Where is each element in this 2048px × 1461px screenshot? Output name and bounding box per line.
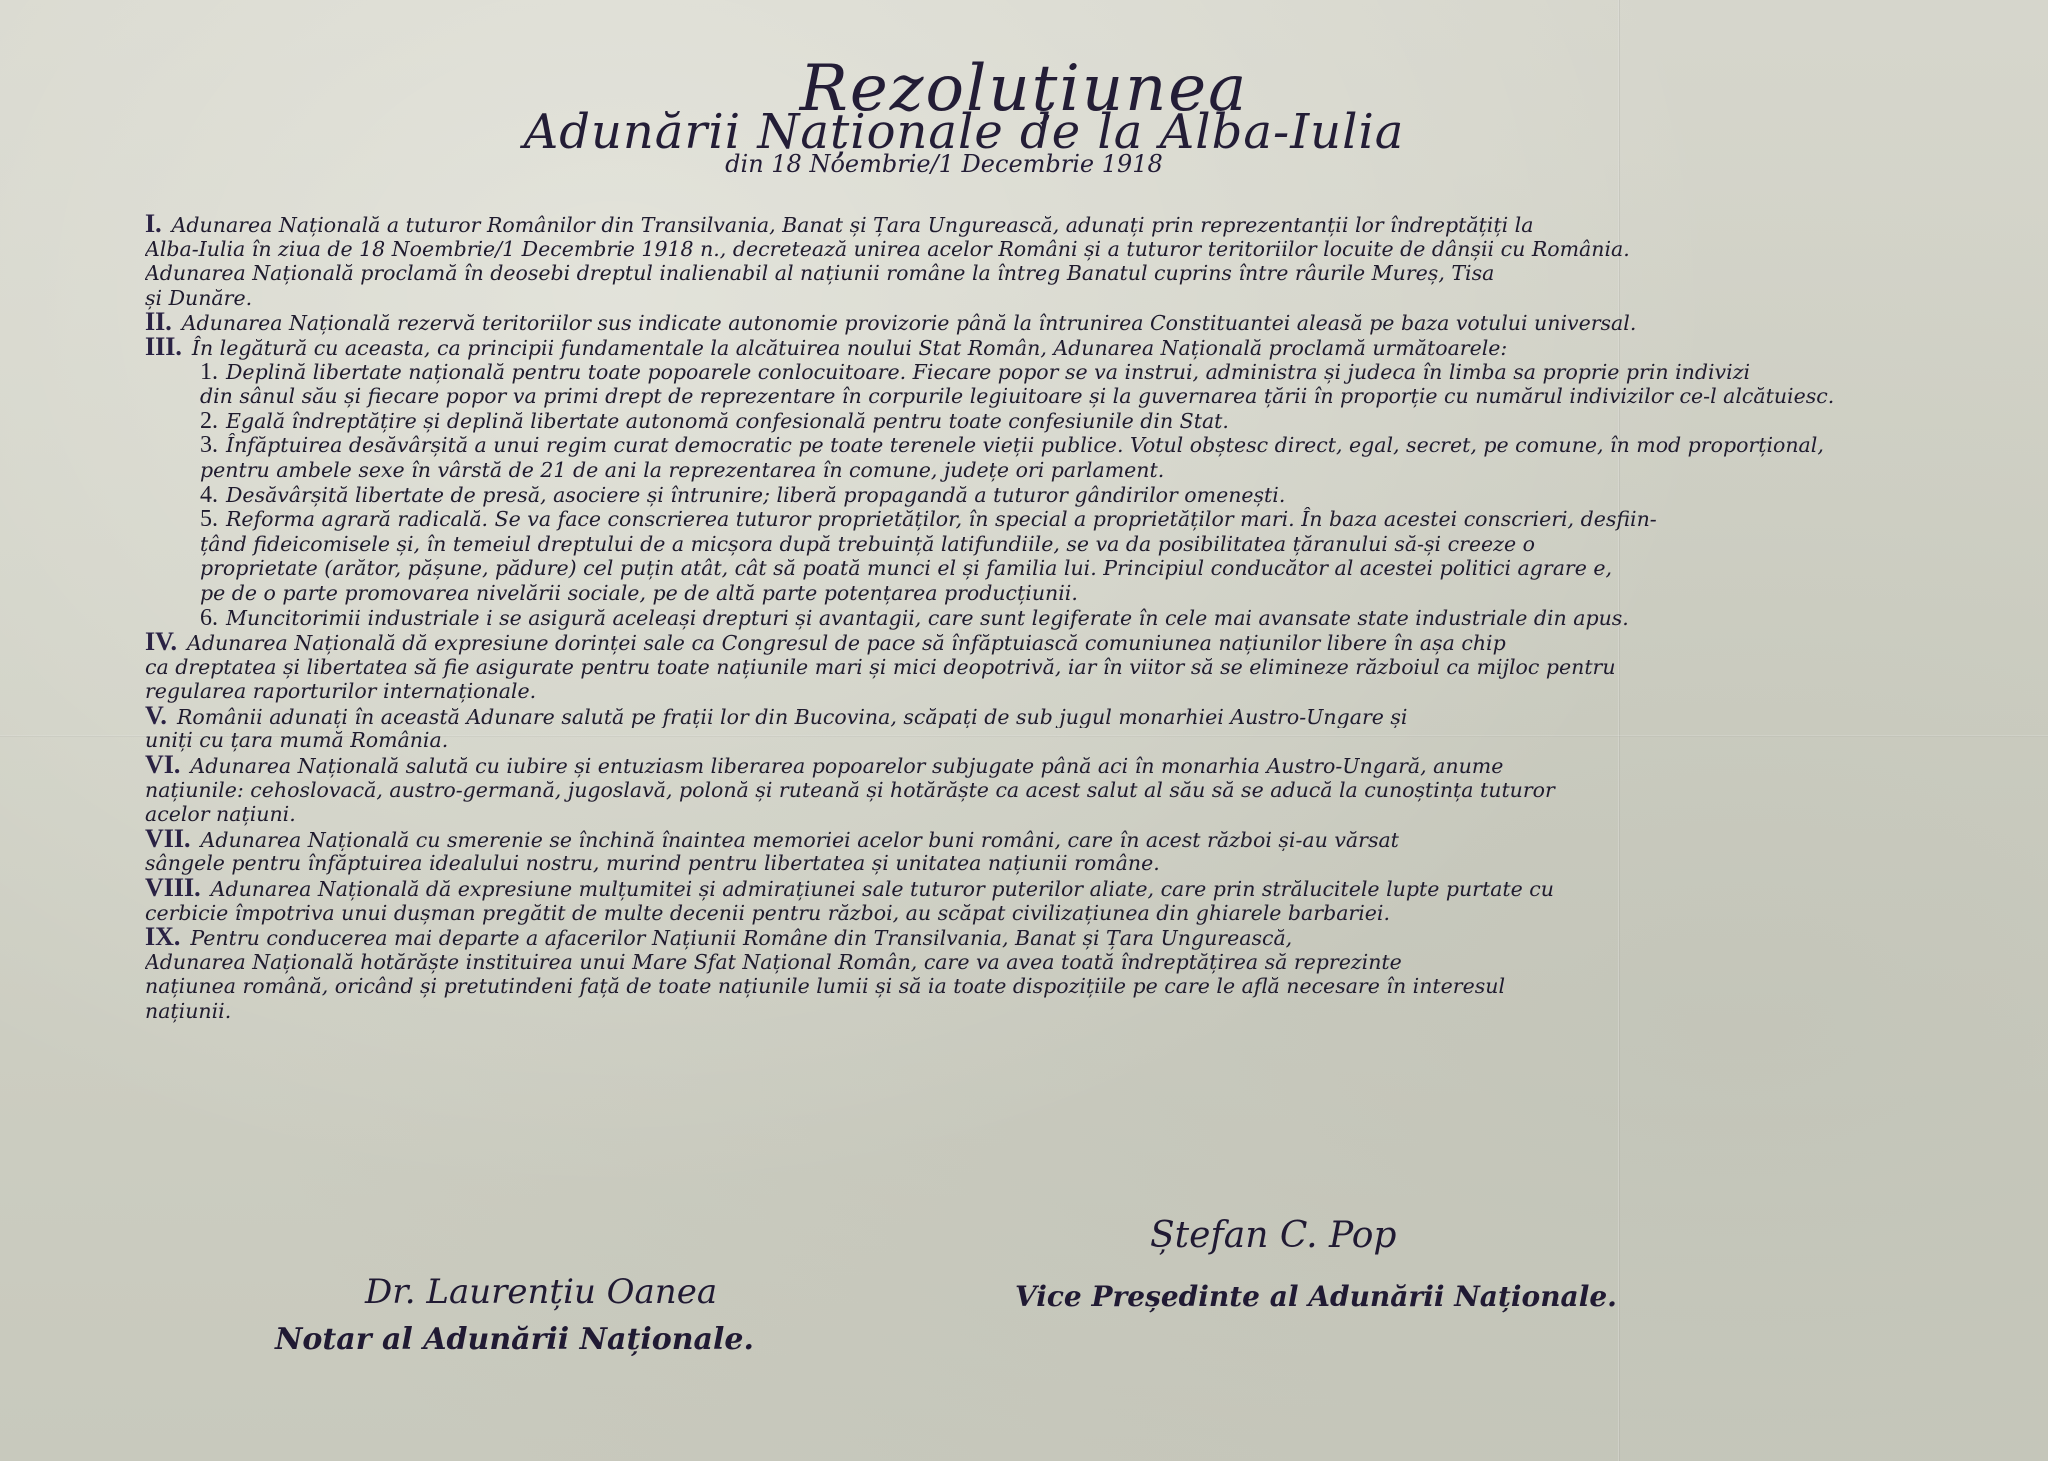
article-line: cerbicie împotriva unui dușman pregătit …	[145, 901, 1390, 925]
article-number: III.	[145, 335, 182, 360]
article-number: V.	[145, 704, 167, 729]
article-I: I.Adunarea Națională a tuturor Românilor…	[145, 212, 1895, 310]
article-line: uniți cu țara mumă România.	[145, 728, 448, 752]
article-line: Adunarea Națională cu smerenie se închin…	[201, 828, 1399, 852]
article-number: VIII.	[145, 876, 201, 901]
article-III-point-1: 1.Deplină libertate națională pentru toa…	[145, 360, 1895, 409]
article-V: V.Românii adunați în această Adunare sal…	[145, 704, 1895, 753]
resolution-document: Rezoluțiunea Adunării Naționale de la Al…	[0, 0, 2048, 1461]
article-III-point-5: 5.Reforma agrară radicală. Se va face co…	[145, 507, 1895, 605]
article-line: regularea raporturilor internaționale.	[145, 679, 536, 703]
article-number: I.	[145, 212, 162, 237]
article-line: Românii adunați în această Adunare salut…	[177, 705, 1408, 729]
resolution-body: I.Adunarea Națională a tuturor Românilor…	[145, 212, 1895, 1024]
article-number: IV.	[145, 630, 177, 655]
article-line: Adunarea Națională a tuturor Românilor d…	[172, 213, 1534, 237]
signature-notary-title: Notar al Adunării Naționale.	[275, 1322, 754, 1357]
article-III-point-6: 6.Muncitorimii industriale i se asigură …	[145, 606, 1895, 631]
article-III-point-3: 3.Înfăptuirea desăvârșită a unui regim c…	[145, 433, 1895, 482]
article-line: În legătură cu aceasta, ca principii fun…	[192, 336, 1507, 360]
article-VIII: VIII.Adunarea Națională dă expresiune mu…	[145, 876, 1895, 925]
article-line: acelor națiuni.	[145, 802, 296, 826]
article-line: națiunea română, oricând și pretutindeni…	[145, 974, 1505, 998]
point-line: din sânul său și fiecare popor va primi …	[200, 384, 1834, 408]
point-line: Muncitorimii industriale i se asigură ac…	[226, 606, 1629, 630]
point-line: pe de o parte promovarea nivelării socia…	[200, 581, 1078, 605]
article-III-point-2: 2.Egală îndreptățire și deplină libertat…	[145, 409, 1895, 434]
point-line: Desăvârșită libertate de presă, asociere…	[226, 483, 1285, 507]
point-number: 6.	[200, 606, 218, 631]
article-line: Adunarea Națională hotărăște instituirea…	[145, 950, 1402, 974]
article-line: națiunile: cehoslovacă, austro-germană, …	[145, 778, 1555, 802]
point-line: proprietate (arător, pășune, pădure) cel…	[200, 556, 1612, 580]
article-line: Adunarea Națională proclamă în deosebi d…	[145, 261, 1494, 285]
point-line: țând fideicomisele și, în temeiul dreptu…	[200, 532, 1535, 556]
article-number: II.	[145, 310, 172, 335]
point-line: Înfăptuirea desăvârșită a unui regim cur…	[226, 433, 1824, 457]
article-VII: VII.Adunarea Națională cu smerenie se în…	[145, 827, 1895, 876]
point-line: pentru ambele sexe în vârstă de 21 de an…	[200, 458, 1164, 482]
point-number: 1.	[200, 360, 218, 385]
point-number: 2.	[200, 409, 218, 434]
article-line: ca dreptatea și libertatea să fie asigur…	[145, 655, 1616, 679]
article-number: VI.	[145, 753, 180, 778]
article-VI: VI.Adunarea Națională salută cu iubire ș…	[145, 753, 1895, 827]
article-line: națiunii.	[145, 999, 231, 1023]
article-line: Adunarea Națională dă expresiune dorințe…	[187, 631, 1506, 655]
point-number: 5.	[200, 507, 218, 532]
point-line: Reforma agrară radicală. Se va face cons…	[226, 507, 1657, 531]
article-IV: IV.Adunarea Națională dă expresiune dori…	[145, 630, 1895, 704]
article-line: Adunarea Națională rezervă teritoriilor …	[182, 311, 1637, 335]
article-III-point-4: 4.Desăvârșită libertate de presă, asocie…	[145, 483, 1895, 508]
article-line: sângele pentru înfăptuirea idealului nos…	[145, 851, 1160, 875]
article-line: și Dunăre.	[145, 286, 252, 310]
signature-vice-president: Ștefan C. Pop	[1150, 1215, 1396, 1256]
point-number: 4.	[200, 483, 218, 508]
signature-vice-president-title: Vice Președinte al Adunării Naționale.	[1015, 1280, 1617, 1313]
article-number: VII.	[145, 827, 191, 852]
article-line: Adunarea Națională salută cu iubire și e…	[190, 754, 1503, 778]
point-line: Egală îndreptățire și deplină libertate …	[226, 409, 1229, 433]
article-IX: IX.Pentru conducerea mai departe a aface…	[145, 925, 1895, 1023]
article-II: II.Adunarea Națională rezervă teritoriil…	[145, 310, 1895, 335]
point-number: 3.	[200, 433, 218, 458]
document-date: din 18 Noembrie/1 Decembrie 1918	[0, 150, 1968, 178]
article-number: IX.	[145, 925, 180, 950]
article-line: Alba-Iulia în ziua de 18 Noembrie/1 Dece…	[145, 237, 1630, 261]
article-line: Pentru conducerea mai departe a afaceril…	[190, 926, 1292, 950]
signature-notary: Dr. Laurențiu Oanea	[365, 1272, 717, 1312]
article-line: Adunarea Națională dă expresiune mulțumi…	[211, 877, 1554, 901]
article-III: III.În legătură cu aceasta, ca principii…	[145, 335, 1895, 630]
point-line: Deplină libertate națională pentru toate…	[226, 360, 1750, 384]
